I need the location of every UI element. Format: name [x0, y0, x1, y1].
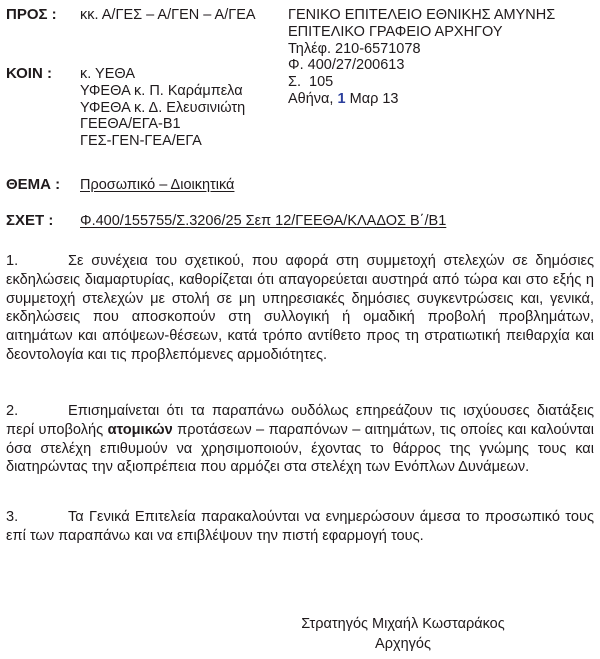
- sheet-number: Σ. 105: [288, 74, 555, 91]
- sender-office: ΕΠΙΤΕΛΙΚΟ ΓΡΑΦΕΙΟ ΑΡΧΗΓΟΥ: [288, 24, 555, 41]
- paragraph-3: 3.Τα Γενικά Επιτελεία παρακαλούνται να ε…: [6, 508, 594, 546]
- paragraph-text: Τα Γενικά Επιτελεία παρακαλούνται να ενη…: [6, 509, 594, 544]
- koin-item: ΓΕΣ-ΓΕΝ-ΓΕΑ/ΕΓΑ: [80, 133, 245, 150]
- paragraph-1: 1.Σε συνέχεια του σχετικού, που αφορά στ…: [6, 252, 594, 365]
- reference-value: Φ.400/155755/Σ.3206/25 Σεπ 12/ΓΕΕΘΑ/ΚΛΑΔ…: [80, 213, 446, 230]
- paragraph-number: 2.: [6, 402, 68, 421]
- pros-label: ΠΡΟΣ :: [6, 6, 57, 23]
- date-suffix: Μαρ 13: [350, 91, 399, 107]
- reference-label: ΣΧΕΤ :: [6, 212, 53, 229]
- paragraph-number: 1.: [6, 252, 68, 271]
- sender-phone: Τηλέφ. 210-6571078: [288, 41, 555, 58]
- paragraph-text: Σε συνέχεια του σχετικού, που αφορά στη …: [6, 253, 594, 363]
- subject-label: ΘΕΜΑ :: [6, 176, 60, 193]
- subject-value: Προσωπικό – Διοικητικά: [80, 177, 234, 194]
- koin-item: ΓΕΕΘΑ/ΕΓΑ-Β1: [80, 116, 245, 133]
- koin-item: ΥΦΕΘΑ κ. Π. Καράμπελα: [80, 83, 245, 100]
- sender-org: ΓΕΝΙΚΟ ΕΠΙΤΕΛΕΙΟ ΕΘΝΙΚΗΣ ΑΜΥΝΗΣ: [288, 7, 555, 24]
- signatory-title: Αρχηγός: [283, 634, 523, 654]
- koin-label: ΚΟΙΝ :: [6, 65, 52, 82]
- file-number: Φ. 400/27/200613: [288, 57, 555, 74]
- koin-item: κ. ΥΕΘΑ: [80, 66, 245, 83]
- signature-block: Στρατηγός Μιχαήλ Κωσταράκος Αρχηγός: [283, 614, 523, 654]
- paragraph-number: 3.: [6, 508, 68, 527]
- sender-block: ΓΕΝΙΚΟ ΕΠΙΤΕΛΕΙΟ ΕΘΝΙΚΗΣ ΑΜΥΝΗΣ ΕΠΙΤΕΛΙΚ…: [288, 7, 555, 108]
- koin-item: ΥΦΕΘΑ κ. Δ. Ελευσινιώτη: [80, 100, 245, 117]
- handwritten-day: 1: [338, 91, 346, 107]
- koin-list: κ. ΥΕΘΑ ΥΦΕΘΑ κ. Π. Καράμπελα ΥΦΕΘΑ κ. Δ…: [80, 66, 245, 150]
- emphasis-text: ατομικών: [108, 422, 173, 438]
- signatory-name: Στρατηγός Μιχαήλ Κωσταράκος: [283, 614, 523, 634]
- document-date: Αθήνα, 1 Μαρ 13: [288, 91, 555, 108]
- paragraph-2: 2.Επισημαίνεται ότι τα παραπάνω ουδόλως …: [6, 402, 594, 477]
- pros-value: κκ. Α/ΓΕΣ – Α/ΓΕΝ – Α/ΓΕΑ: [80, 7, 256, 24]
- date-prefix: Αθήνα,: [288, 91, 333, 107]
